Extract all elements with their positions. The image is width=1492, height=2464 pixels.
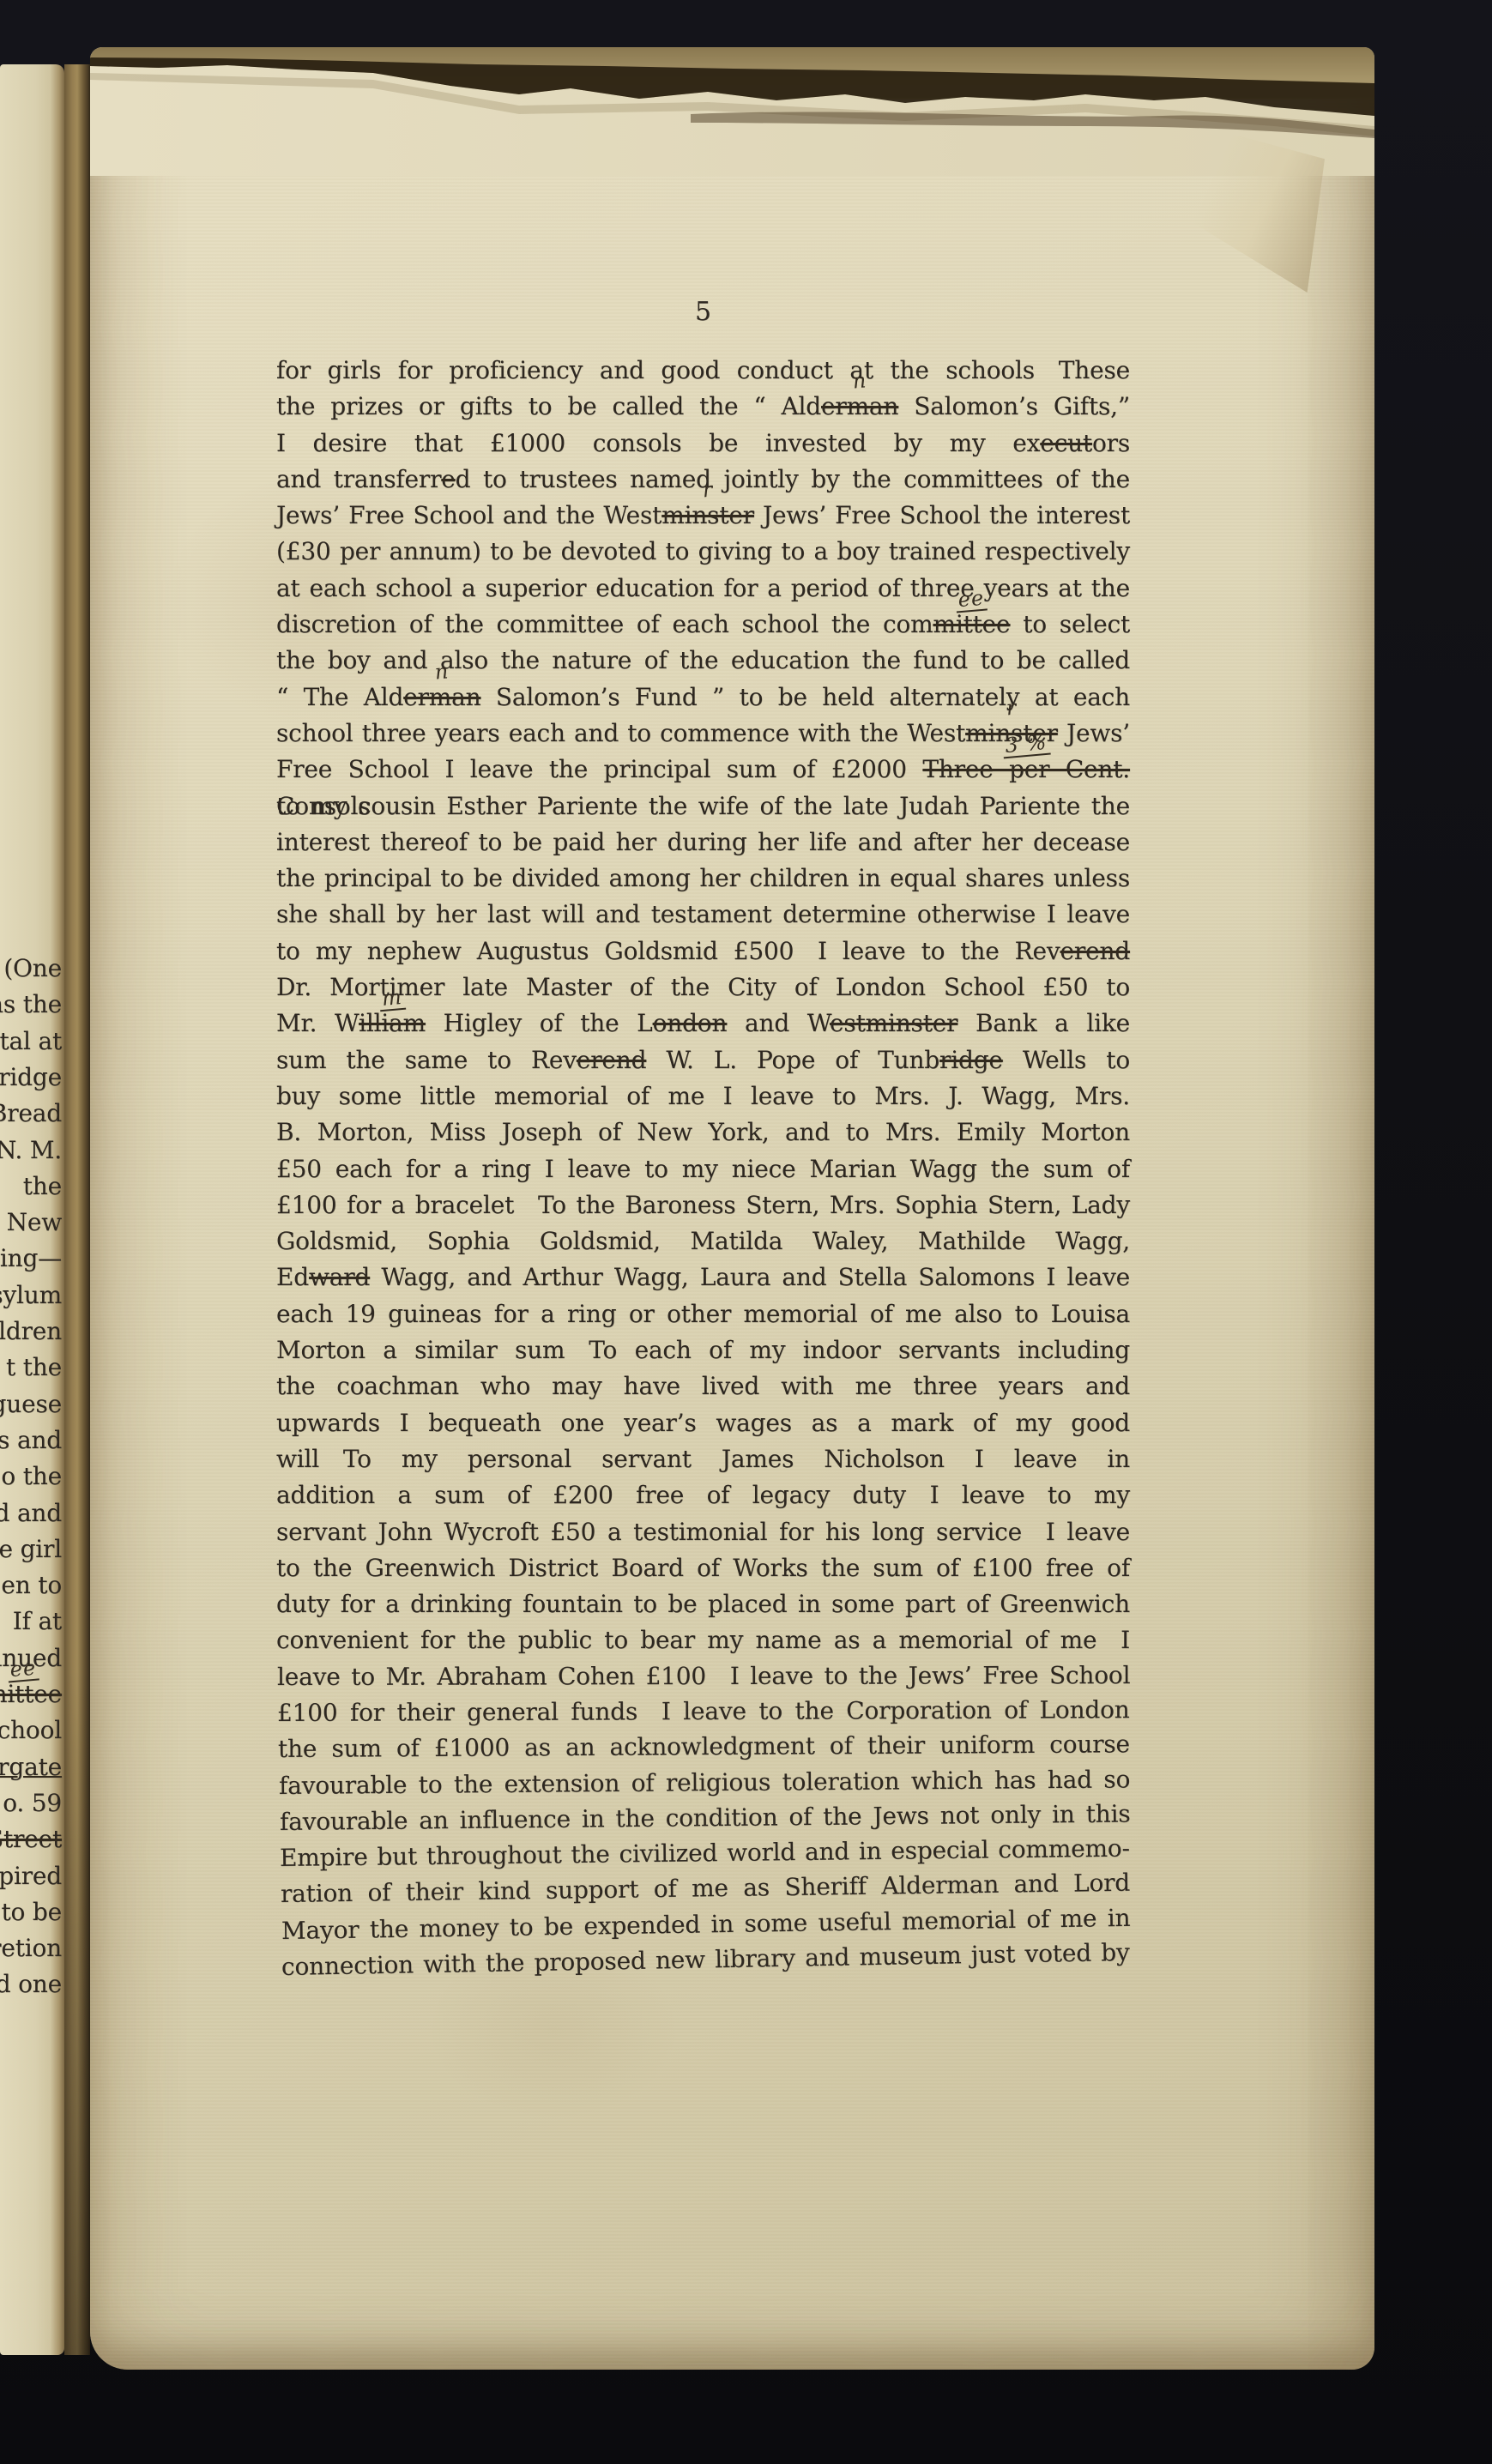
document-line: for girls for proficiency and good condu… (276, 353, 1130, 389)
struck-text: ondon (653, 1009, 728, 1037)
document-line: each 19 guineas for a ring or other memo… (276, 1296, 1130, 1332)
struck-text: e (441, 465, 455, 493)
facing-page-text-fragment: Street (0, 1825, 62, 1853)
handwritten-correction: m (378, 987, 406, 1012)
document-line: upwards I bequeath one year’s wages as a… (276, 1405, 1130, 1441)
facing-page-text-fragment: o. 59 (3, 1789, 62, 1817)
document-line: Edward Wagg, and Arthur Wagg, Laura and … (276, 1259, 1130, 1295)
facing-page-text-fragment: t the (6, 1353, 62, 1381)
facing-page-text-fragment: tal at (0, 1027, 62, 1055)
handwritten-correction: ee (7, 1657, 40, 1682)
document-line: convenient for the public to bear my nam… (276, 1622, 1130, 1658)
facing-page-text-fragment: o the (1, 1462, 62, 1490)
document-line: B. Morton, Miss Joseph of New York, and … (276, 1114, 1130, 1150)
document-line: Free School I leave the principal sum of… (276, 752, 1130, 788)
book-gutter-shadow (64, 64, 90, 2355)
document-page: 5 for girls for proficiency and good con… (90, 47, 1374, 2370)
document-line: addition a sum of £200 free of legacy du… (276, 1477, 1130, 1513)
document-line: the boy and also the nature of the educa… (276, 643, 1130, 679)
page-number: 5 (276, 297, 1130, 327)
struck-text: mitteeee (0, 1680, 62, 1708)
struck-text: Three per Cent.3 % (922, 755, 1130, 783)
struck-text: ermann (403, 683, 480, 711)
facing-page-text-fragment: argate (0, 1753, 62, 1781)
document-line: will To my personal servant James Nichol… (276, 1441, 1130, 1477)
struck-text: mitteeee (933, 610, 1010, 638)
facing-page-text-fragment: school (0, 1716, 62, 1744)
facing-page-text-fragment: d and (0, 1499, 62, 1527)
text-block: for girls for proficiency and good condu… (276, 353, 1130, 1985)
document-line: (£30 per annum) to be devoted to giving … (276, 534, 1130, 570)
facing-page-text-fragment: e girl (0, 1535, 62, 1563)
struck-text: ward (309, 1263, 370, 1291)
document-line: duty for a drinking fountain to be place… (276, 1586, 1130, 1622)
facing-page-text-fragment: retion (0, 1934, 62, 1962)
document-line: leave to Mr. Abraham Cohen £100 I leave … (277, 1658, 1130, 1695)
struck-text: ermann (821, 392, 898, 420)
burnt-top-edge (90, 47, 1374, 176)
facing-page-text-fragment: sylum (0, 1281, 62, 1309)
facing-page-text-fragment: to be (1, 1898, 62, 1926)
facing-page-text-fragment: Bread (0, 1099, 62, 1127)
document-line: the principal to be divided among her ch… (276, 861, 1130, 897)
document-line: Jews’ Free School and the Westminsterr J… (276, 498, 1130, 534)
struck-text: ecut (1040, 429, 1092, 457)
facing-page-text-fragment: ildren (0, 1317, 62, 1345)
struck-text: illiamm (359, 1009, 426, 1037)
facing-page-text-fragment: guese (0, 1390, 62, 1418)
facing-page-text-fragment: xpired (0, 1862, 62, 1890)
document-line: the prizes or gifts to be called the “ A… (276, 389, 1130, 425)
facing-page-text-fragment: s and (0, 1426, 62, 1454)
document-line: I desire that £1000 consols be invested … (276, 426, 1130, 462)
struck-text: Street (0, 1825, 62, 1853)
document-line: “ The Aldermann Salomon’s Fund ” to be h… (276, 679, 1130, 716)
facing-page-text-fragment: ridge (0, 1063, 62, 1091)
struck-text: ridge (939, 1046, 1003, 1074)
document-line: to my cousin Esther Pariente the wife of… (276, 788, 1130, 824)
document-line: the sum of £1000 as an acknowledgment of… (278, 1727, 1130, 1768)
facing-page-edge: (Onens thetal atridgeBreadN. M.theNewing… (0, 64, 64, 2355)
handwritten-correction: r (1006, 697, 1018, 718)
document-line: she shall by her last will and testament… (276, 897, 1130, 933)
document-line: sum the same to Reverend W. L. Pope of T… (276, 1042, 1130, 1078)
document-line: Goldsmid, Sophia Goldsmid, Matilda Waley… (276, 1223, 1130, 1259)
facing-page-text-fragment: New (7, 1208, 62, 1236)
facing-page-text-fragment: en to (1, 1571, 62, 1599)
document-line: interest thereof to be paid her during h… (276, 824, 1130, 861)
facing-page-text-fragment: N. M. (0, 1136, 62, 1164)
handwritten-correction: n (434, 661, 450, 682)
facing-page-text-fragment: ns the (0, 990, 62, 1018)
document-line: to the Greenwich District Board of Works… (276, 1550, 1130, 1586)
document-line: £50 each for a ring I leave to my niece … (276, 1151, 1130, 1187)
document-line: discretion of the committee of each scho… (276, 607, 1130, 643)
facing-page-text-fragment: If at (13, 1607, 62, 1635)
page-stack-edges (1374, 36, 1492, 2366)
document-line: at each school a superior education for … (276, 571, 1130, 607)
handwritten-correction: r (702, 480, 715, 501)
struck-text: erend (577, 1046, 646, 1074)
document-line: servant John Wycroft £50 a testimonial f… (276, 1514, 1130, 1550)
facing-page-text-fragment: the (23, 1172, 62, 1200)
document-line: the coachman who may have lived with me … (276, 1368, 1130, 1404)
document-line: Mr. Williamm Higley of the London and We… (276, 1006, 1130, 1042)
struck-text: estminster (830, 1009, 957, 1037)
document-line: to my nephew Augustus Goldsmid £500 I le… (276, 933, 1130, 969)
facing-page-text-fragment: mitteeee (0, 1680, 62, 1708)
document-line: Morton a similar sum To each of my indoo… (276, 1332, 1130, 1368)
handwritten-correction: ee (955, 588, 988, 613)
document-line: £100 for a bracelet To the Baroness Ster… (276, 1187, 1130, 1223)
document-line: buy some little memorial of me I leave t… (276, 1078, 1130, 1114)
struck-text: minsterr (661, 501, 754, 529)
facing-page-text-fragment: d one (0, 1970, 62, 1998)
handwritten-correction: 3 % (1002, 732, 1051, 759)
struck-text: erend (1060, 937, 1130, 965)
scanned-book-photo: { "page": { "number": "5" }, "document":… (0, 0, 1492, 2464)
handwritten-correction: n (852, 371, 867, 392)
document-line: £100 for their general funds I leave to … (277, 1692, 1130, 1731)
facing-page-text-fragment: (One (3, 954, 62, 982)
underlined-text: argate (0, 1753, 62, 1781)
facing-page-text-fragment: ing— (0, 1244, 62, 1272)
